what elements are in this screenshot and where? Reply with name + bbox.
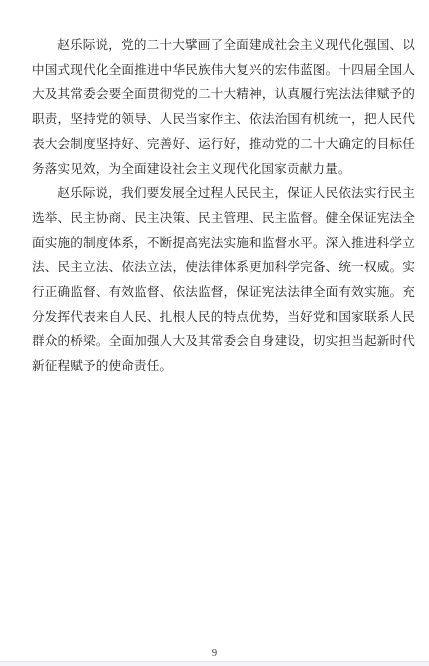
- paragraph-2: 赵乐际说，我们要发展全过程人民民主，保证人民依法实行民主选举、民主协商、民主决策…: [32, 181, 415, 379]
- document-body: 赵乐际说，党的二十大擘画了全面建成社会主义现代化强国、以中国式现代化全面推进中华…: [32, 33, 415, 379]
- paragraph-1: 赵乐际说，党的二十大擘画了全面建成社会主义现代化强国、以中国式现代化全面推进中华…: [32, 33, 415, 181]
- document-page: 赵乐际说，党的二十大擘画了全面建成社会主义现代化强国、以中国式现代化全面推进中华…: [0, 0, 429, 666]
- page-bottom-edge: [0, 661, 429, 666]
- page-number: 9: [0, 648, 429, 659]
